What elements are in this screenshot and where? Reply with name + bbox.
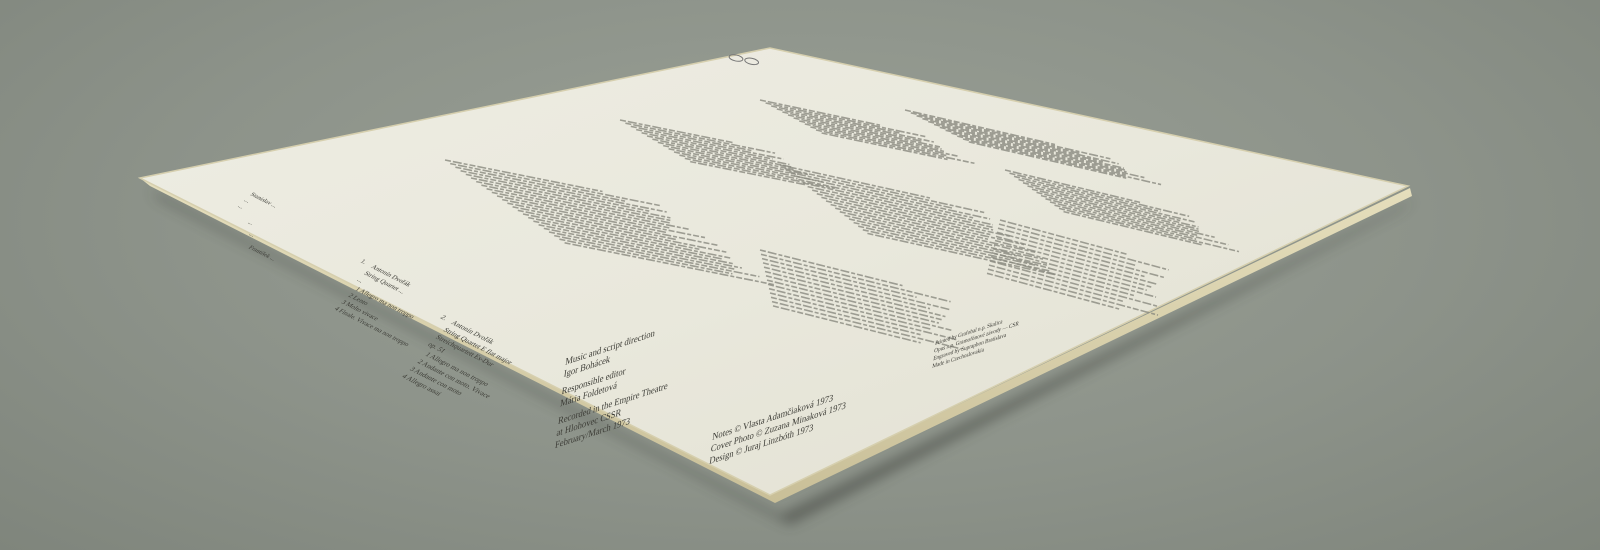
photo-scene: Stanislav ... ... ... ... ... František … (0, 0, 1600, 550)
record-sleeve: Stanislav ... ... ... ... ... František … (0, 0, 1600, 550)
